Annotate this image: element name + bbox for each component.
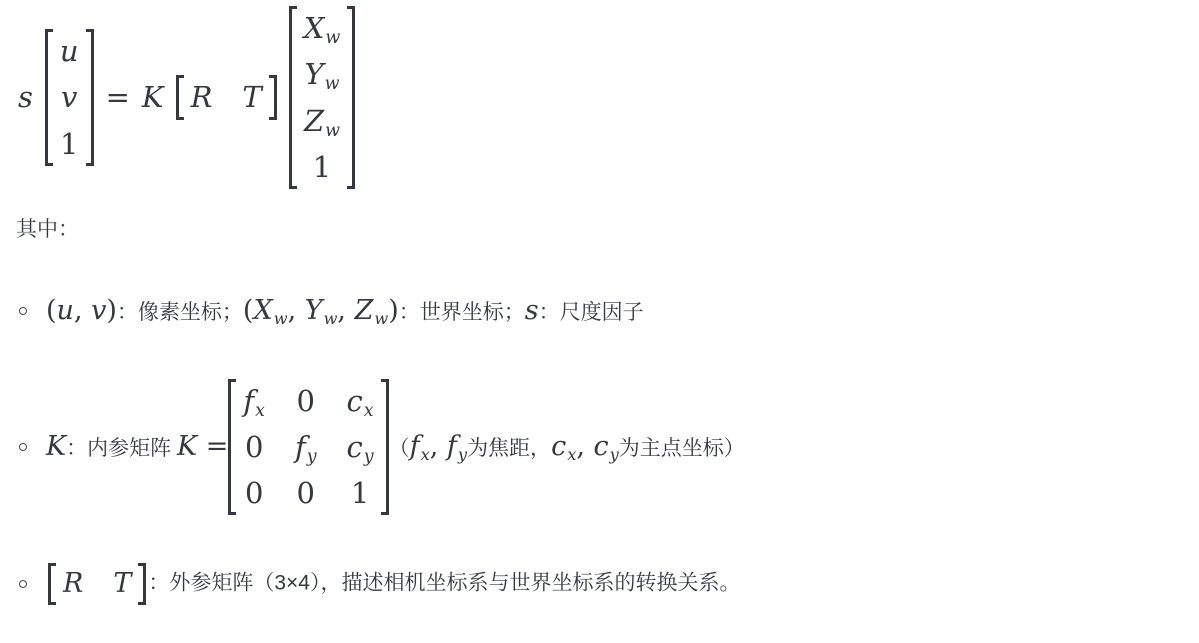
right-bracket (138, 563, 146, 605)
equation-projection: s uv1 = K RT XwYwZw1 (18, 6, 1189, 189)
list-item-content: (u, v)：像素坐标；(Xw, Yw, Zw)：世界坐标；s：尺度因子 (46, 291, 644, 330)
matrix-extrinsic-row: RT (176, 75, 277, 119)
intrinsic-trail-text: （fx, fy为焦距，cx, cy为主点坐标） (389, 427, 745, 466)
left-bracket (48, 563, 56, 605)
matrix-body: RT (188, 75, 265, 119)
scale-symbol: s (525, 295, 539, 326)
bullet-circle-icon (19, 307, 27, 315)
intrinsic-lead-text: K：内参矩阵 K = (46, 427, 228, 466)
scale-factor-symbol: s (18, 76, 33, 118)
list-item-pixel-coords: (u, v)：像素坐标；(Xw, Yw, Zw)：世界坐标；s：尺度因子 (16, 291, 1189, 330)
bullet-circle-icon (19, 443, 27, 451)
focal-symbols: fx, fy (410, 431, 467, 462)
matrix-body: RT (60, 563, 134, 605)
right-bracket (86, 29, 94, 166)
matrix-intrinsic: fx0cx0fycy001 (228, 379, 388, 516)
list-item-extrinsic: RT ：外参矩阵（3×4），描述相机坐标系与世界坐标系的转换关系。 (16, 563, 1189, 605)
intrinsic-label: ：内参矩阵 (66, 437, 177, 460)
right-bracket (381, 379, 389, 516)
left-bracket (176, 75, 184, 119)
pixel-coords-label: ：像素坐标； (117, 301, 243, 324)
k-symbol: K (46, 431, 66, 462)
uv-symbol: (u, v) (46, 295, 117, 326)
left-bracket (289, 6, 297, 189)
principal-symbols: cx, cy (551, 431, 619, 462)
right-bracket (269, 75, 277, 119)
matrix-pixel-vector: uv1 (45, 29, 94, 166)
scale-label: ：尺度因子 (539, 301, 644, 324)
focal-label: 为焦距， (467, 437, 551, 460)
k-equals-symbol: K = (177, 431, 228, 462)
bullet-circle-icon (19, 580, 27, 588)
matrix-body: uv1 (57, 29, 82, 166)
world-coords-label: ：世界坐标； (399, 301, 525, 324)
equals-sign: = (106, 76, 130, 118)
matrix-extrinsic-inline: RT (48, 563, 146, 605)
right-bracket (347, 6, 355, 189)
list-item-intrinsic: K：内参矩阵 K = fx0cx0fycy001 （fx, fy为焦距，cx, … (16, 379, 1189, 516)
extrinsic-label: ：外参矩阵（3×4），描述相机坐标系与世界坐标系的转换关系。 (148, 572, 740, 595)
matrix-body: XwYwZw1 (301, 6, 344, 189)
intrinsic-symbol: K (142, 76, 164, 118)
matrix-body: fx0cx0fycy001 (240, 379, 376, 516)
left-bracket (228, 379, 236, 516)
list-item-content: K：内参矩阵 K = fx0cx0fycy001 （fx, fy为焦距，cx, … (46, 379, 745, 516)
principal-label: 为主点坐标） (619, 437, 745, 460)
matrix-world-vector: XwYwZw1 (289, 6, 356, 189)
left-bracket (45, 29, 53, 166)
document-page: s uv1 = K RT XwYwZw1 其中： (u, v)：像素坐标；(Xw… (0, 0, 1199, 643)
definition-list: (u, v)：像素坐标；(Xw, Yw, Zw)：世界坐标；s：尺度因子 K：内… (16, 291, 1189, 605)
world-coords-symbol: (Xw, Yw, Zw) (243, 295, 399, 326)
intro-label: 其中： (16, 215, 1189, 245)
list-item-content: RT ：外参矩阵（3×4），描述相机坐标系与世界坐标系的转换关系。 (46, 563, 740, 605)
paren-open: （ (389, 437, 410, 460)
